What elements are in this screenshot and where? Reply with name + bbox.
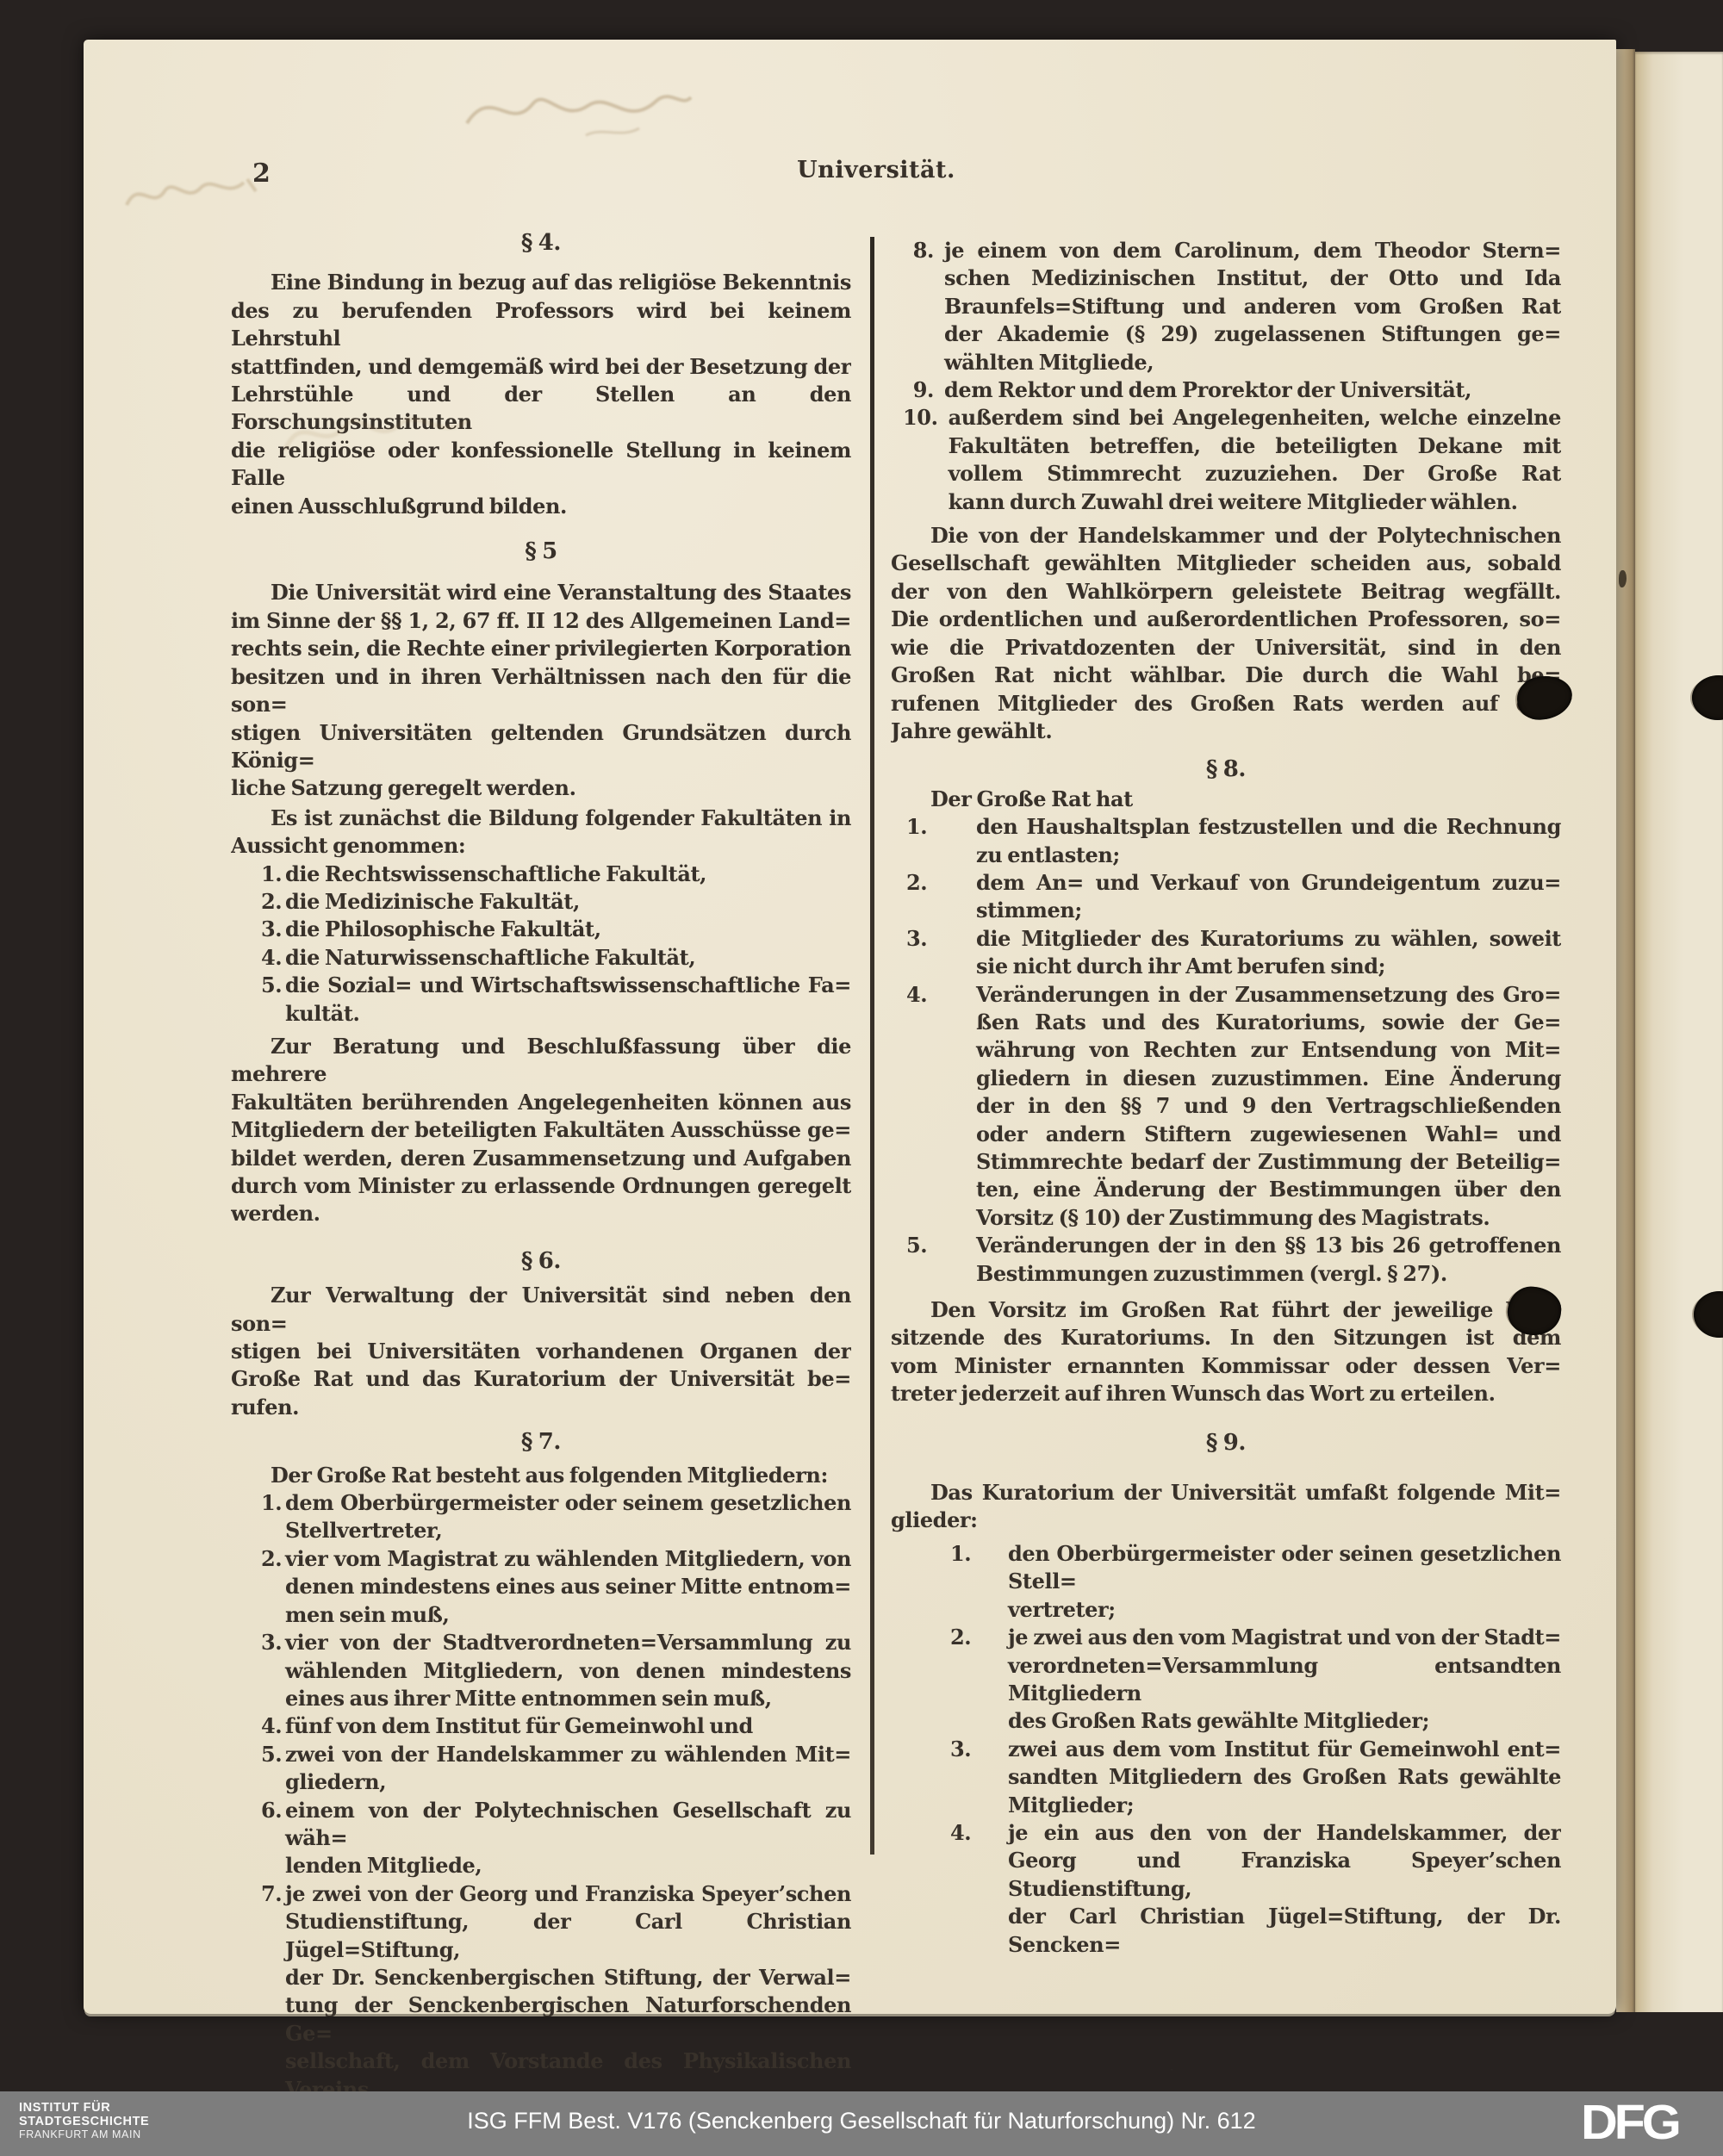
paragraph: Zur Verwaltung der Universität sind nebe…: [231, 1282, 851, 1421]
list-item-number: 2.: [950, 1624, 1008, 1736]
list-item-text: vier vom Magistrat zu wählenden Mitglied…: [285, 1545, 851, 1629]
text-line: die Rechtswissenschaftliche Fakultät,: [285, 861, 851, 888]
text-line: gliedern,: [285, 1768, 851, 1796]
text-line: Mitglieder;: [1008, 1792, 1561, 1819]
text-line: sitzende des Kuratoriums. In den Sitzung…: [891, 1324, 1561, 1351]
text-line: Großen Rat nicht wählbar. Die durch die …: [891, 662, 1561, 689]
paragraph: Den Vorsitz im Großen Rat führt der jewe…: [891, 1296, 1561, 1408]
text-line: die Sozial= und Wirtschaftswissenschaftl…: [285, 972, 851, 999]
text-line: vollem Stimmrecht zuzuziehen. Der Große …: [949, 460, 1561, 488]
list-item-text: außerdem sind bei Angelegenheiten, welch…: [949, 404, 1561, 516]
text-line: vom Minister ernannten Kommissar oder de…: [891, 1352, 1561, 1380]
text-line: Lehrstühle und der Stellen an den Forsch…: [231, 381, 851, 437]
text-line: stigen bei Universitäten vorhandenen Org…: [231, 1338, 851, 1365]
text-line: die Medizinische Fakultät,: [285, 888, 851, 916]
text-line: wählenden Mitgliedern, von denen mindest…: [285, 1657, 851, 1685]
list-item-number: 2.: [261, 1545, 285, 1629]
text-line: Zur Verwaltung der Universität sind nebe…: [231, 1282, 851, 1338]
list-item: 6.einem von der Polytechnischen Gesellsc…: [261, 1797, 851, 1880]
list-item-text: einem von der Polytechnischen Gesellscha…: [285, 1797, 851, 1880]
text-line: tung der Senckenbergischen Naturforschen…: [285, 1991, 851, 2047]
text-line: stigen Universitäten geltenden Grundsätz…: [231, 719, 851, 775]
paragraph: Die Universität wird eine Veranstaltung …: [231, 579, 851, 802]
text-line: Große Rat und das Kuratorium der Univers…: [231, 1365, 851, 1393]
section-heading: § 6.: [231, 1247, 851, 1275]
document-page: 2 Universität. § 4.Eine Bindung in bezug…: [84, 40, 1616, 2014]
list-item-text: dem Oberbürgermeister oder seinem gesetz…: [285, 1489, 851, 1545]
text-line: gliedern in diesen zuzustimmen. Eine Änd…: [976, 1065, 1561, 1092]
text-line: der Akademie (§ 29) zugelassenen Stiftun…: [944, 320, 1561, 348]
numbered-list: 1.den Haushaltsplan festzustellen und di…: [891, 813, 1561, 1288]
page-gutter-fold: [1616, 49, 1635, 2012]
text-line: Fakultäten berührenden Angelegenheiten k…: [231, 1089, 851, 1116]
list-item-text: fünf von dem Institut für Gemeinwohl und: [285, 1712, 851, 1740]
list-item: 4.Veränderungen in der Zusammensetzung d…: [906, 981, 1561, 1233]
text-line: der Carl Christian Jügel=Stiftung, der D…: [1008, 1903, 1561, 1959]
text-line: der Dr. Senckenbergischen Stiftung, der …: [285, 1964, 851, 1991]
paragraph: Der Große Rat besteht aus folgenden Mitg…: [231, 1462, 851, 1489]
text-line: lenden Mitgliede,: [285, 1852, 851, 1880]
text-line: fünf von dem Institut für Gemeinwohl und: [285, 1712, 851, 1740]
list-item-number: 5.: [261, 1741, 285, 1797]
text-line: Gesellschaft gewählten Mitglieder scheid…: [891, 550, 1561, 577]
paragraph: Zur Beratung und Beschlußfassung über di…: [231, 1033, 851, 1228]
list-item-text: die Rechtswissenschaftliche Fakultät,: [285, 861, 851, 888]
text-line: einen Ausschlußgrund bilden.: [231, 493, 851, 520]
text-line: zwei aus dem vom Institut für Gemeinwohl…: [1008, 1736, 1561, 1763]
text-line: dem Rektor und dem Prorektor der Univers…: [944, 376, 1561, 404]
text-line: denen mindestens eines aus seiner Mitte …: [285, 1573, 851, 1600]
text-line: vier vom Magistrat zu wählenden Mitglied…: [285, 1545, 851, 1573]
text-line: Studienstiftung, der Carl Christian Jüge…: [285, 1908, 851, 1964]
list-item: 5.zwei von der Handelskammer zu wählende…: [261, 1741, 851, 1797]
text-line: außerdem sind bei Angelegenheiten, welch…: [949, 404, 1561, 432]
list-item-text: die Mitglieder des Kuratoriums zu wählen…: [976, 925, 1561, 981]
numbered-list: 1.dem Oberbürgermeister oder seinem gese…: [231, 1489, 851, 2156]
list-item: 8.je einem von dem Carolinum, dem Theodo…: [903, 237, 1561, 376]
list-item-text: Veränderungen in der Zusammensetzung des…: [976, 981, 1561, 1233]
right-text-column: 8.je einem von dem Carolinum, dem Theodo…: [891, 237, 1561, 1959]
text-line: Stellvertreter,: [285, 1517, 851, 1544]
text-line: kann durch Zuwahl drei weitere Mitgliede…: [949, 488, 1561, 516]
text-line: zwei von der Handelskammer zu wählenden …: [285, 1741, 851, 1768]
left-text-column: § 4.Eine Bindung in bezug auf das religi…: [231, 229, 851, 2156]
text-line: je zwei von der Georg und Franziska Spey…: [285, 1880, 851, 1908]
text-line: je ein aus den von der Handelskammer, de…: [1008, 1819, 1561, 1847]
text-line: des Großen Rats gewählte Mitglieder;: [1008, 1707, 1561, 1735]
text-line: verordneten=Versammlung entsandten Mitgl…: [1008, 1652, 1561, 1708]
text-line: dem Oberbürgermeister oder seinem gesetz…: [285, 1489, 851, 1517]
list-item: 5.Veränderungen der in den §§ 13 bis 26 …: [906, 1232, 1561, 1288]
list-item-number: 8.: [903, 237, 944, 376]
list-item-number: 1.: [261, 861, 285, 888]
paragraph: Eine Bindung in bezug auf das religiöse …: [231, 269, 851, 520]
archive-reference: ISG FFM Best. V176 (Senckenberg Gesellsc…: [0, 2108, 1723, 2134]
text-line: stattfinden, und demgemäß wird bei der B…: [231, 353, 851, 381]
numbered-list: 8.je einem von dem Carolinum, dem Theodo…: [891, 237, 1561, 516]
text-line: Vorsitz (§ 10) der Zustimmung des Magist…: [976, 1204, 1561, 1232]
list-item-number: 3.: [261, 916, 285, 943]
text-line: Veränderungen der in den §§ 13 bis 26 ge…: [976, 1232, 1561, 1259]
list-item: 2.je zwei aus den vom Magistrat und von …: [950, 1624, 1561, 1736]
text-line: des zu berufenden Professors wird bei ke…: [231, 297, 851, 353]
text-line: Aussicht genommen:: [231, 832, 851, 860]
list-item: 1.den Haushaltsplan festzustellen und di…: [906, 813, 1561, 869]
text-line: sie nicht durch ihr Amt berufen sind;: [976, 953, 1561, 980]
text-line: Zur Beratung und Beschlußfassung über di…: [231, 1033, 851, 1089]
text-line: Die ordentlichen und außerordentlichen P…: [891, 606, 1561, 633]
text-line: den Oberbürgermeister oder seinen gesetz…: [1008, 1540, 1561, 1596]
text-line: die Naturwissenschaftliche Fakultät,: [285, 944, 851, 972]
running-head: Universität.: [231, 157, 1521, 183]
list-item-text: je ein aus den von der Handelskammer, de…: [1008, 1819, 1561, 1959]
list-item-number: 9.: [903, 376, 944, 404]
text-line: men sein muß,: [285, 1601, 851, 1629]
text-line: glieder:: [891, 1507, 1561, 1534]
list-item-number: 4.: [261, 944, 285, 972]
column-divider-rule: [870, 237, 874, 1855]
list-item: 4.die Naturwissenschaftliche Fakultät,: [261, 944, 851, 972]
text-line: zu entlasten;: [976, 842, 1561, 869]
list-item-text: die Medizinische Fakultät,: [285, 888, 851, 916]
list-item-text: den Oberbürgermeister oder seinen gesetz…: [1008, 1540, 1561, 1624]
list-item: 9.dem Rektor und dem Prorektor der Unive…: [903, 376, 1561, 404]
list-item: 5.die Sozial= und Wirtschaftswissenschaf…: [261, 972, 851, 1028]
list-item-number: 5.: [906, 1232, 976, 1288]
text-line: Stimmrechte bedarf der Zustimmung der Be…: [976, 1148, 1561, 1176]
paragraph: Es ist zunächst die Bildung folgender Fa…: [231, 805, 851, 861]
text-line: Es ist zunächst die Bildung folgender Fa…: [231, 805, 851, 832]
text-line: im Sinne der §§ 1, 2, 67 ff. II 12 des A…: [231, 607, 851, 635]
paragraph: Die von der Handelskammer und der Polyte…: [891, 522, 1561, 745]
list-item: 1.die Rechtswissenschaftliche Fakultät,: [261, 861, 851, 888]
text-line: bildet werden, deren Zusammensetzung und…: [231, 1145, 851, 1172]
text-line: Veränderungen in der Zusammensetzung des…: [976, 981, 1561, 1009]
text-line: liche Satzung geregelt werden.: [231, 774, 851, 802]
section-heading: § 8.: [891, 755, 1561, 783]
text-line: treter jederzeit auf ihren Wunsch das Wo…: [891, 1380, 1561, 1407]
text-line: einem von der Polytechnischen Gesellscha…: [285, 1797, 851, 1853]
list-item: 4.fünf von dem Institut für Gemeinwohl u…: [261, 1712, 851, 1740]
list-item-number: 1.: [950, 1540, 1008, 1624]
list-item: 3.die Mitglieder des Kuratoriums zu wähl…: [906, 925, 1561, 981]
list-item-number: 4.: [950, 1819, 1008, 1959]
list-item: 3.zwei aus dem vom Institut für Gemeinwo…: [950, 1736, 1561, 1819]
text-line: wählten Mitgliede,: [944, 349, 1561, 376]
text-line: Georg und Franziska Speyer’schen Studien…: [1008, 1847, 1561, 1903]
text-line: oder andern Stiftern zugewiesenen Wahl= …: [976, 1121, 1561, 1148]
text-line: besitzen und in ihren Verhältnissen nach…: [231, 663, 851, 719]
ghost-handwriting-mark: [457, 78, 698, 146]
list-item-text: die Naturwissenschaftliche Fakultät,: [285, 944, 851, 972]
text-line: die Philosophische Fakultät,: [285, 916, 851, 943]
paragraph: Das Kuratorium der Universität umfaßt fo…: [891, 1479, 1561, 1535]
text-line: Braunfels=Stiftung und anderen vom Große…: [944, 293, 1561, 320]
list-item-text: je zwei aus den vom Magistrat und von de…: [1008, 1624, 1561, 1736]
text-line: Den Vorsitz im Großen Rat führt der jewe…: [891, 1296, 1561, 1324]
text-line: wie die Privatdozenten der Universität, …: [891, 634, 1561, 662]
section-heading: § 5: [231, 537, 851, 565]
section-heading: § 9.: [891, 1429, 1561, 1457]
list-item-number: 3.: [906, 925, 976, 981]
list-item-number: 4.: [261, 1712, 285, 1740]
text-line: sandten Mitgliedern des Großen Rats gewä…: [1008, 1763, 1561, 1791]
text-line: vier von der Stadtverordneten=Versammlun…: [285, 1629, 851, 1656]
text-line: Jahre gewählt.: [891, 718, 1561, 745]
text-line: Bestimmungen zuzustimmen (vergl. § 27).: [976, 1260, 1561, 1288]
list-item-number: 5.: [261, 972, 285, 1028]
text-line: Eine Bindung in bezug auf das religiöse …: [231, 269, 851, 296]
text-line: Das Kuratorium der Universität umfaßt fo…: [891, 1479, 1561, 1507]
list-item-text: vier von der Stadtverordneten=Versammlun…: [285, 1629, 851, 1712]
next-page-edge: [1635, 52, 1723, 2012]
text-line: stimmen;: [976, 897, 1561, 924]
text-line: je einem von dem Carolinum, dem Theodor …: [944, 237, 1561, 264]
text-line: eines aus ihrer Mitte entnommen sein muß…: [285, 1685, 851, 1712]
text-line: ten, eine Änderung der Bestimmungen über…: [976, 1176, 1561, 1203]
text-line: rufenen Mitglieder des Großen Rats werde…: [891, 690, 1561, 718]
text-line: den Haushaltsplan festzustellen und die …: [976, 813, 1561, 841]
section-heading: § 4.: [231, 229, 851, 257]
list-item-text: dem Rektor und dem Prorektor der Univers…: [944, 376, 1561, 404]
text-line: durch vom Minister zu erlassende Ordnung…: [231, 1172, 851, 1200]
text-line: schen Medizinischen Institut, der Otto u…: [944, 264, 1561, 292]
text-line: rechts sein, die Rechte einer privilegie…: [231, 635, 851, 662]
text-line: Fakultäten betreffen, die beteiligten De…: [949, 432, 1561, 460]
list-item-text: je einem von dem Carolinum, dem Theodor …: [944, 237, 1561, 376]
scan-viewer-canvas: 2 Universität. § 4.Eine Bindung in bezug…: [0, 0, 1723, 2156]
text-line: Die von der Handelskammer und der Polyte…: [891, 522, 1561, 550]
list-item-text: den Haushaltsplan festzustellen und die …: [976, 813, 1561, 869]
list-item-number: 3.: [261, 1629, 285, 1712]
list-item: 2.vier vom Magistrat zu wählenden Mitgli…: [261, 1545, 851, 1629]
list-item: 1.den Oberbürgermeister oder seinen gese…: [950, 1540, 1561, 1624]
list-item-text: dem An= und Verkauf von Grundeigentum zu…: [976, 869, 1561, 925]
text-line: Der Große Rat hat: [891, 786, 1561, 813]
list-item-number: 10.: [903, 404, 949, 516]
list-item: 2.dem An= und Verkauf von Grundeigentum …: [906, 869, 1561, 925]
list-item-text: Veränderungen der in den §§ 13 bis 26 ge…: [976, 1232, 1561, 1288]
numbered-list: 1.den Oberbürgermeister oder seinen gese…: [891, 1540, 1561, 1959]
list-item-number: 4.: [906, 981, 976, 1233]
list-item: 3.vier von der Stadtverordneten=Versamml…: [261, 1629, 851, 1712]
list-item-number: 2.: [906, 869, 976, 925]
list-item-number: 3.: [950, 1736, 1008, 1819]
list-item: 4.je ein aus den von der Handelskammer, …: [950, 1819, 1561, 1959]
text-line: Die Universität wird eine Veranstaltung …: [231, 579, 851, 606]
text-line: ßen Rats und des Kuratoriums, sowie der …: [976, 1009, 1561, 1036]
paragraph: Der Große Rat hat: [891, 786, 1561, 813]
text-line: dem An= und Verkauf von Grundeigentum zu…: [976, 869, 1561, 897]
text-line: Mitgliedern der beteiligten Fakultäten A…: [231, 1116, 851, 1144]
list-item-number: 1.: [261, 1489, 285, 1545]
numbered-list: 1.die Rechtswissenschaftliche Fakultät,2…: [231, 861, 851, 1028]
list-item-text: zwei von der Handelskammer zu wählenden …: [285, 1741, 851, 1797]
list-item-text: die Philosophische Fakultät,: [285, 916, 851, 943]
list-item: 10.außerdem sind bei Angelegenheiten, we…: [903, 404, 1561, 516]
section-heading: § 7.: [231, 1428, 851, 1456]
list-item-number: 1.: [906, 813, 976, 869]
text-line: kultät.: [285, 1000, 851, 1028]
text-line: vertreter;: [1008, 1596, 1561, 1624]
text-line: der in den §§ 7 und 9 den Vertragschließ…: [976, 1092, 1561, 1120]
list-item-text: zwei aus dem vom Institut für Gemeinwohl…: [1008, 1736, 1561, 1819]
text-line: Der Große Rat besteht aus folgenden Mitg…: [231, 1462, 851, 1489]
text-line: die religiöse oder konfessionelle Stellu…: [231, 437, 851, 493]
text-line: werden.: [231, 1200, 851, 1227]
list-item: 2.die Medizinische Fakultät,: [261, 888, 851, 916]
dfg-logo: DFG: [1581, 2094, 1678, 2151]
list-item: 1.dem Oberbürgermeister oder seinem gese…: [261, 1489, 851, 1545]
list-item-text: die Sozial= und Wirtschaftswissenschaftl…: [285, 972, 851, 1028]
list-item-number: 2.: [261, 888, 285, 916]
list-item: 3.die Philosophische Fakultät,: [261, 916, 851, 943]
text-line: der von den Wahlkörpern geleistete Beitr…: [891, 578, 1561, 606]
text-line: rufen.: [231, 1394, 851, 1421]
text-line: die Mitglieder des Kuratoriums zu wählen…: [976, 925, 1561, 953]
text-line: je zwei aus den vom Magistrat und von de…: [1008, 1624, 1561, 1651]
text-line: währung von Rechten zur Entsendung von M…: [976, 1036, 1561, 1064]
list-item-number: 6.: [261, 1797, 285, 1880]
